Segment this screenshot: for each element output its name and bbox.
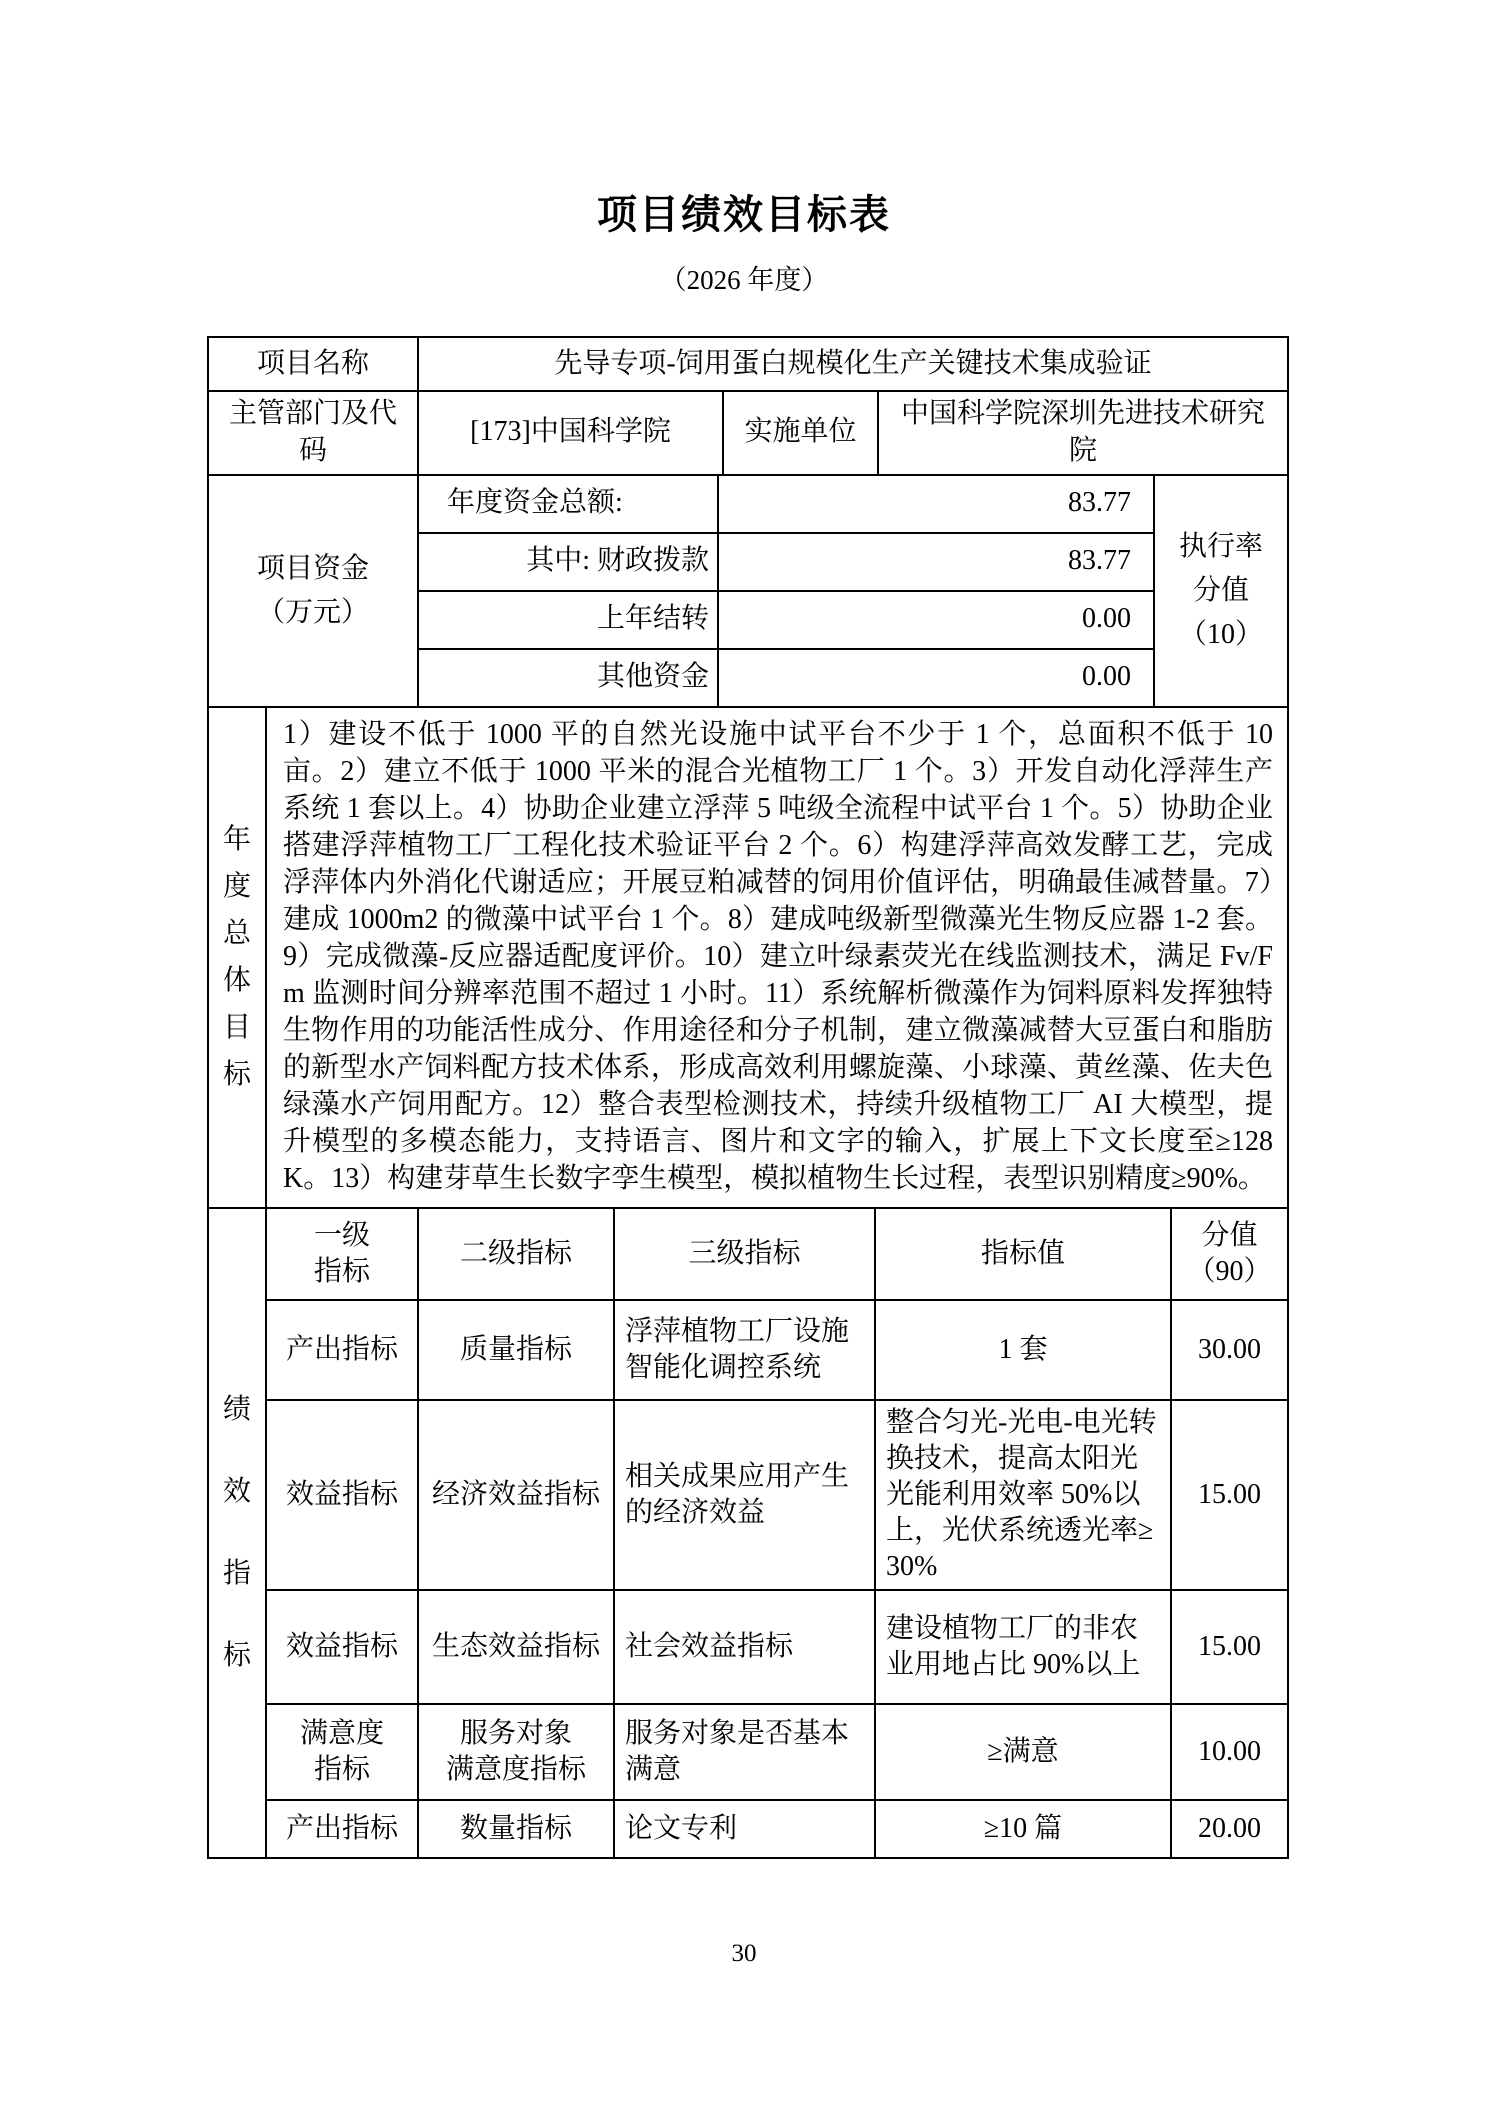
indicator-level2: 质量指标 — [418, 1300, 614, 1400]
indicator-level2: 服务对象 满意度指标 — [418, 1704, 614, 1800]
page-title: 项目绩效目标表 — [0, 0, 1488, 238]
indicator-level1: 效益指标 — [266, 1400, 418, 1590]
indicator-score: 30.00 — [1171, 1300, 1288, 1400]
indicator-level1: 效益指标 — [266, 1590, 418, 1704]
funding-other-value: 0.00 — [718, 649, 1154, 707]
project-name-row: 项目名称 先导专项-饲用蛋白规模化生产关键技术集成验证 — [208, 337, 1288, 391]
indicator-score: 15.00 — [1171, 1590, 1288, 1704]
indicator-level1: 满意度 指标 — [266, 1704, 418, 1800]
funding-fiscal-label: 其中: 财政拨款 — [418, 533, 718, 591]
implementing-unit-label: 实施单位 — [723, 391, 878, 475]
page-subtitle: （2026 年度） — [0, 264, 1488, 296]
indicator-level3: 浮萍植物工厂设施智能化调控系统 — [614, 1300, 875, 1400]
funding-carryover-value: 0.00 — [718, 591, 1154, 649]
header-level2-indicator: 二级指标 — [418, 1208, 614, 1300]
indicator-value: ≥满意 — [875, 1704, 1171, 1800]
indicator-value: 1 套 — [875, 1300, 1171, 1400]
project-name-label: 项目名称 — [208, 337, 418, 391]
annual-goal-label: 年 度 总 体 目 标 — [208, 707, 266, 1208]
performance-target-table: 项目名称 先导专项-饲用蛋白规模化生产关键技术集成验证 主管部门及代码 [173… — [207, 336, 1287, 1859]
performance-indicators-table: 绩 效 指 标 一级 指标 二级指标 三级指标 指标值 分值 （90） 产出指标… — [207, 1207, 1289, 1859]
header-level3-indicator: 三级指标 — [614, 1208, 875, 1300]
indicator-level1: 产出指标 — [266, 1300, 418, 1400]
indicator-row-quantity: 产出指标 数量指标 论文专利 ≥10 篇 20.00 — [208, 1800, 1288, 1858]
project-info-table: 项目名称 先导专项-饲用蛋白规模化生产关键技术集成验证 主管部门及代码 [173… — [207, 336, 1289, 476]
annual-goal-table: 年 度 总 体 目 标 1）建设不低于 1000 平的自然光设施中试平台不少于 … — [207, 706, 1289, 1209]
project-name-value: 先导专项-饲用蛋白规模化生产关键技术集成验证 — [418, 337, 1288, 391]
funding-other-label: 其他资金 — [418, 649, 718, 707]
indicator-row-quality: 产出指标 质量指标 浮萍植物工厂设施智能化调控系统 1 套 30.00 — [208, 1300, 1288, 1400]
annual-goal-text: 1）建设不低于 1000 平的自然光设施中试平台不少于 1 个，总面积不低于 1… — [266, 707, 1288, 1208]
indicator-level1: 产出指标 — [266, 1800, 418, 1858]
indicator-value: 建设植物工厂的非农业用地占比 90%以上 — [875, 1590, 1171, 1704]
header-score: 分值 （90） — [1171, 1208, 1288, 1300]
funding-total-label: 年度资金总额: — [418, 475, 718, 533]
indicator-score: 20.00 — [1171, 1800, 1288, 1858]
implementing-unit-value: 中国科学院深圳先进技术研究院 — [878, 391, 1288, 475]
department-value: [173]中国科学院 — [418, 391, 723, 475]
funding-total-value: 83.77 — [718, 475, 1154, 533]
page-number: 30 — [0, 1940, 1488, 1968]
indicator-row-satisfaction: 满意度 指标 服务对象 满意度指标 服务对象是否基本满意 ≥满意 10.00 — [208, 1704, 1288, 1800]
indicator-level3: 论文专利 — [614, 1800, 875, 1858]
department-label: 主管部门及代码 — [208, 391, 418, 475]
header-level1-indicator: 一级 指标 — [266, 1208, 418, 1300]
indicator-level3: 服务对象是否基本满意 — [614, 1704, 875, 1800]
department-row: 主管部门及代码 [173]中国科学院 实施单位 中国科学院深圳先进技术研究院 — [208, 391, 1288, 475]
header-indicator-value: 指标值 — [875, 1208, 1171, 1300]
performance-indicators-label: 绩 效 指 标 — [208, 1208, 266, 1858]
funding-fiscal-value: 83.77 — [718, 533, 1154, 591]
indicator-row-ecological: 效益指标 生态效益指标 社会效益指标 建设植物工厂的非农业用地占比 90%以上 … — [208, 1590, 1288, 1704]
document-page: 项目绩效目标表 （2026 年度） 项目名称 先导专项-饲用蛋白规模化生产关键技… — [0, 0, 1488, 2104]
indicator-level2: 数量指标 — [418, 1800, 614, 1858]
funding-carryover-label: 上年结转 — [418, 591, 718, 649]
indicator-score: 10.00 — [1171, 1704, 1288, 1800]
indicators-header-row: 绩 效 指 标 一级 指标 二级指标 三级指标 指标值 分值 （90） — [208, 1208, 1288, 1300]
funding-label: 项目资金 （万元） — [208, 475, 418, 707]
execution-rate-score-label: 执行率 分值 （10） — [1154, 475, 1288, 707]
funding-row-total: 项目资金 （万元） 年度资金总额: 83.77 执行率 分值 （10） — [208, 475, 1288, 533]
indicator-level3: 相关成果应用产生的经济效益 — [614, 1400, 875, 1590]
indicator-level2: 生态效益指标 — [418, 1590, 614, 1704]
indicator-row-economic: 效益指标 经济效益指标 相关成果应用产生的经济效益 整合匀光-光电-电光转换技术… — [208, 1400, 1288, 1590]
indicator-level2: 经济效益指标 — [418, 1400, 614, 1590]
project-funding-table: 项目资金 （万元） 年度资金总额: 83.77 执行率 分值 （10） 其中: … — [207, 474, 1289, 708]
annual-goal-row: 年 度 总 体 目 标 1）建设不低于 1000 平的自然光设施中试平台不少于 … — [208, 707, 1288, 1208]
indicator-level3: 社会效益指标 — [614, 1590, 875, 1704]
indicator-value: ≥10 篇 — [875, 1800, 1171, 1858]
indicator-score: 15.00 — [1171, 1400, 1288, 1590]
indicator-value: 整合匀光-光电-电光转换技术，提高太阳光光能利用效率 50%以上，光伏系统透光率… — [875, 1400, 1171, 1590]
